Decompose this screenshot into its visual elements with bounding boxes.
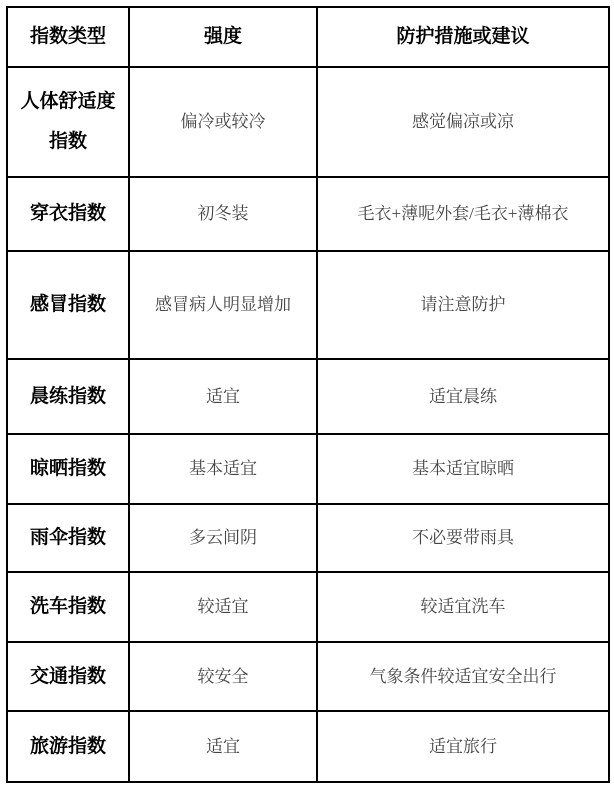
strength-cell: 感冒病人明显增加 <box>129 251 317 359</box>
advice-cell: 毛衣+薄呢外套/毛衣+薄棉衣 <box>317 177 609 251</box>
index-type-cell: 洗车指数 <box>7 572 129 642</box>
advice-cell: 适宜旅行 <box>317 711 609 782</box>
index-type-cell: 穿衣指数 <box>7 177 129 251</box>
table-row: 洗车指数 较适宜 较适宜洗车 <box>7 572 609 642</box>
strength-cell: 适宜 <box>129 359 317 434</box>
strength-cell: 基本适宜 <box>129 434 317 504</box>
table-row: 交通指数 较安全 气象条件较适宜安全出行 <box>7 642 609 711</box>
strength-cell: 多云间阴 <box>129 504 317 572</box>
header-strength: 强度 <box>129 7 317 67</box>
table-row: 感冒指数 感冒病人明显增加 请注意防护 <box>7 251 609 359</box>
advice-cell: 较适宜洗车 <box>317 572 609 642</box>
table-row: 穿衣指数 初冬装 毛衣+薄呢外套/毛衣+薄棉衣 <box>7 177 609 251</box>
advice-cell: 请注意防护 <box>317 251 609 359</box>
header-index-type: 指数类型 <box>7 7 129 67</box>
page-body: 指数类型 强度 防护措施或建议 人体舒适度指数 偏冷或较冷 感觉偏凉或凉 穿衣指… <box>0 0 614 783</box>
strength-cell: 初冬装 <box>129 177 317 251</box>
strength-cell: 较适宜 <box>129 572 317 642</box>
strength-cell: 较安全 <box>129 642 317 711</box>
table-row: 晾晒指数 基本适宜 基本适宜晾晒 <box>7 434 609 504</box>
table-row: 雨伞指数 多云间阴 不必要带雨具 <box>7 504 609 572</box>
index-type-cell: 交通指数 <box>7 642 129 711</box>
table-row: 人体舒适度指数 偏冷或较冷 感觉偏凉或凉 <box>7 67 609 177</box>
header-advice: 防护措施或建议 <box>317 7 609 67</box>
strength-cell: 适宜 <box>129 711 317 782</box>
advice-cell: 感觉偏凉或凉 <box>317 67 609 177</box>
table-row: 晨练指数 适宜 适宜晨练 <box>7 359 609 434</box>
index-type-cell: 雨伞指数 <box>7 504 129 572</box>
index-type-cell: 晾晒指数 <box>7 434 129 504</box>
weather-index-table: 指数类型 强度 防护措施或建议 人体舒适度指数 偏冷或较冷 感觉偏凉或凉 穿衣指… <box>6 6 610 783</box>
advice-cell: 适宜晨练 <box>317 359 609 434</box>
advice-cell: 基本适宜晾晒 <box>317 434 609 504</box>
index-type-cell: 感冒指数 <box>7 251 129 359</box>
index-type-cell: 人体舒适度指数 <box>7 67 129 177</box>
strength-cell: 偏冷或较冷 <box>129 67 317 177</box>
advice-cell: 不必要带雨具 <box>317 504 609 572</box>
advice-cell: 气象条件较适宜安全出行 <box>317 642 609 711</box>
table-header-row: 指数类型 强度 防护措施或建议 <box>7 7 609 67</box>
index-type-cell: 晨练指数 <box>7 359 129 434</box>
table-row: 旅游指数 适宜 适宜旅行 <box>7 711 609 782</box>
index-type-cell: 旅游指数 <box>7 711 129 782</box>
